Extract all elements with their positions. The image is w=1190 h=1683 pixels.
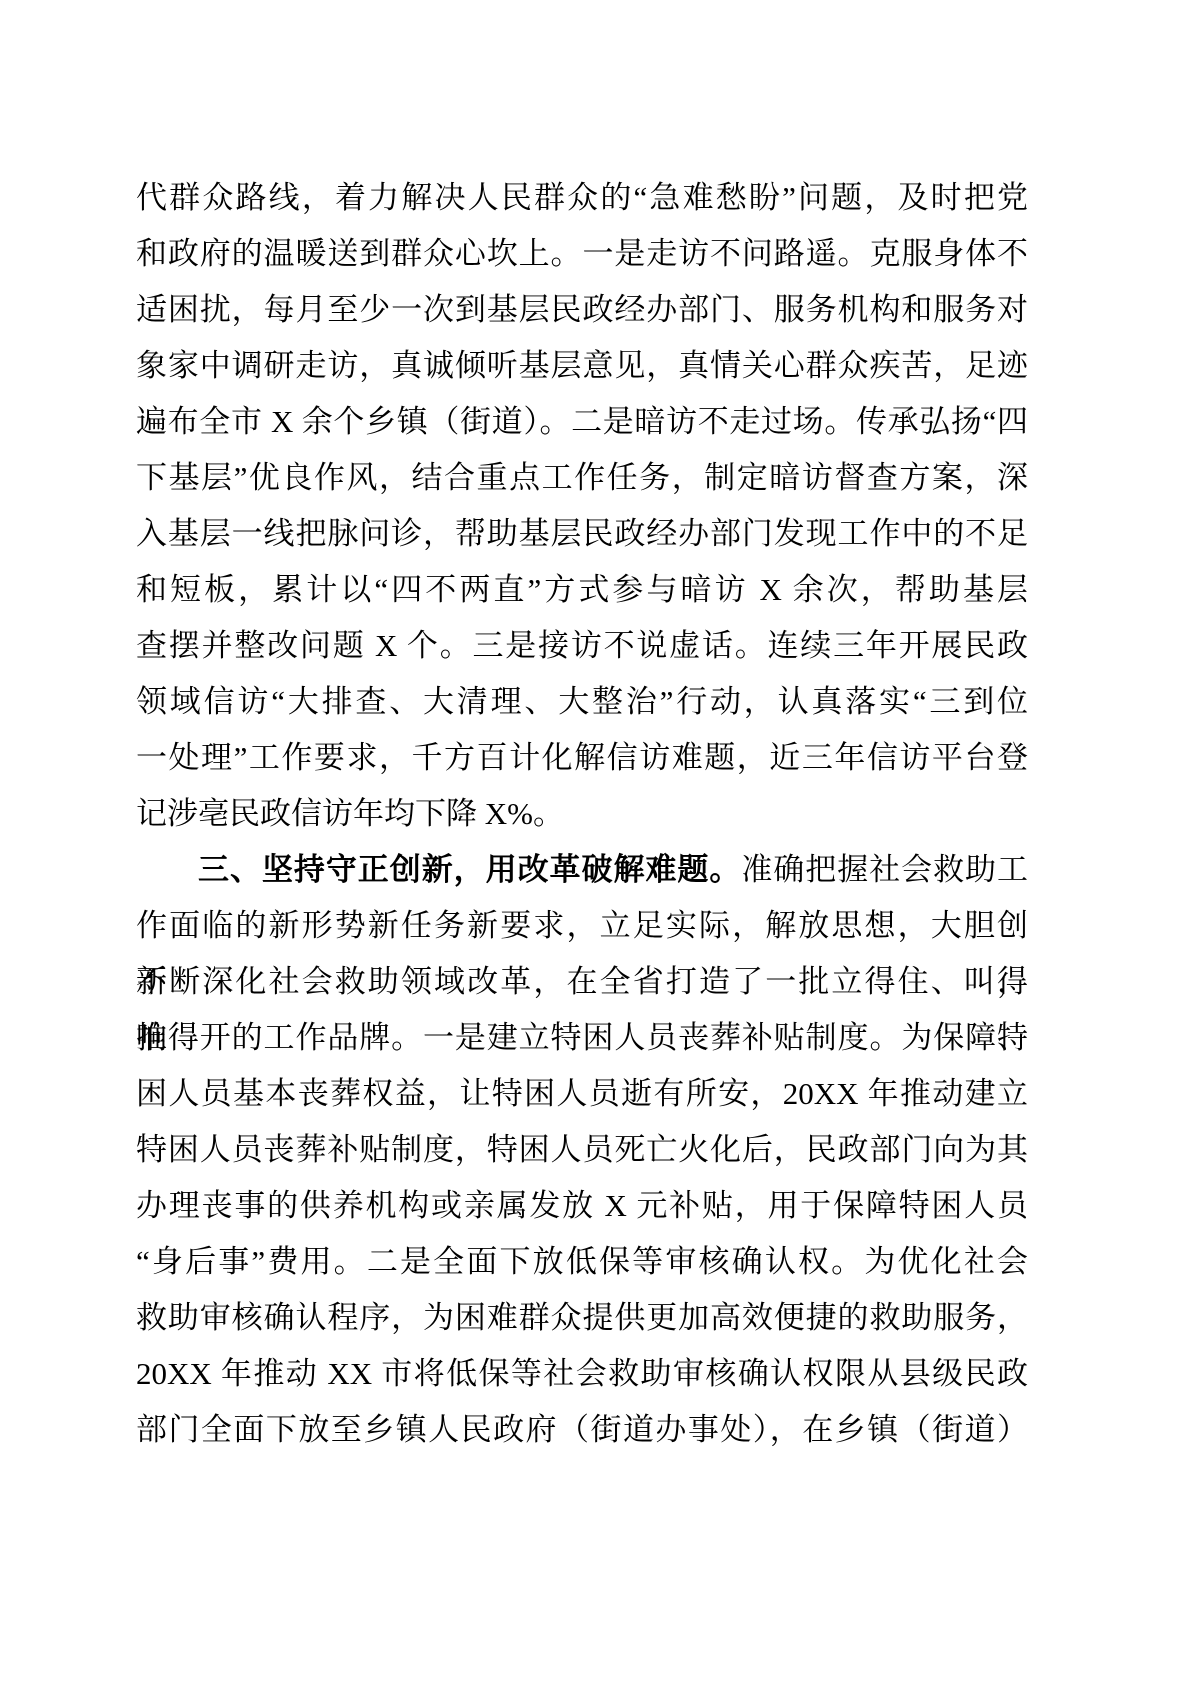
text-line: 下基层”优良作风，结合重点工作任务，制定暗访督查方案，深 <box>136 450 1028 506</box>
text-line: 查摆并整改问题 X 个。三是接访不说虚话。连续三年开展民政 <box>136 618 1028 674</box>
text-line: 20XX 年推动 XX 市将低保等社会救助审核确认权限从县级民政 <box>136 1346 1028 1402</box>
text-line: 不断深化社会救助领域改革，在全省打造了一批立得住、叫得响、 <box>136 954 1028 1010</box>
text-line: 入基层一线把脉问诊，帮助基层民政经办部门发现工作中的不足 <box>136 506 1028 562</box>
text-line: “身后事”费用。二是全面下放低保等审核确认权。为优化社会 <box>136 1234 1028 1290</box>
section-heading: 三、坚持守正创新，用改革破解难题。 <box>198 852 741 887</box>
text-line: 一处理”工作要求，千方百计化解信访难题，近三年信访平台登 <box>136 730 1028 786</box>
text-line: 和政府的温暖送到群众心坎上。一是走访不问路遥。克服身体不 <box>136 226 1028 282</box>
text-line: 困人员基本丧葬权益，让特困人员逝有所安，20XX 年推动建立 <box>136 1066 1028 1122</box>
text-line: 适困扰，每月至少一次到基层民政经办部门、服务机构和服务对 <box>136 282 1028 338</box>
document-body: 代群众路线，着力解决人民群众的“急难愁盼”问题，及时把党和政府的温暖送到群众心坎… <box>136 170 1028 1458</box>
text-line: 救助审核确认程序，为困难群众提供更加高效便捷的救助服务， <box>136 1290 1028 1346</box>
text-line: 代群众路线，着力解决人民群众的“急难愁盼”问题，及时把党 <box>136 170 1028 226</box>
body-text: 准确把握社会救助工 <box>741 852 1028 887</box>
text-line: 象家中调研走访，真诚倾听基层意见，真情关心群众疾苦，足迹 <box>136 338 1028 394</box>
text-line: 和短板，累计以“四不两直”方式参与暗访 X 余次，帮助基层 <box>136 562 1028 618</box>
text-line: 办理丧事的供养机构或亲属发放 X 元补贴，用于保障特困人员 <box>136 1178 1028 1234</box>
text-line: 领域信访“大排查、大清理、大整治”行动，认真落实“三到位 <box>136 674 1028 730</box>
text-line: 记涉亳民政信访年均下降 X%。 <box>136 786 1028 842</box>
text-line: 作面临的新形势新任务新要求，立足实际，解放思想，大胆创新， <box>136 898 1028 954</box>
text-line: 推得开的工作品牌。一是建立特困人员丧葬补贴制度。为保障特 <box>136 1010 1028 1066</box>
text-line: 三、坚持守正创新，用改革破解难题。准确把握社会救助工 <box>136 842 1028 898</box>
text-line: 特困人员丧葬补贴制度，特困人员死亡火化后，民政部门向为其 <box>136 1122 1028 1178</box>
document-page: 代群众路线，着力解决人民群众的“急难愁盼”问题，及时把党和政府的温暖送到群众心坎… <box>0 0 1190 1683</box>
text-line: 部门全面下放至乡镇人民政府（街道办事处），在乡镇（街道） <box>136 1402 1028 1458</box>
text-line: 遍布全市 X 余个乡镇（街道）。二是暗访不走过场。传承弘扬“四 <box>136 394 1028 450</box>
